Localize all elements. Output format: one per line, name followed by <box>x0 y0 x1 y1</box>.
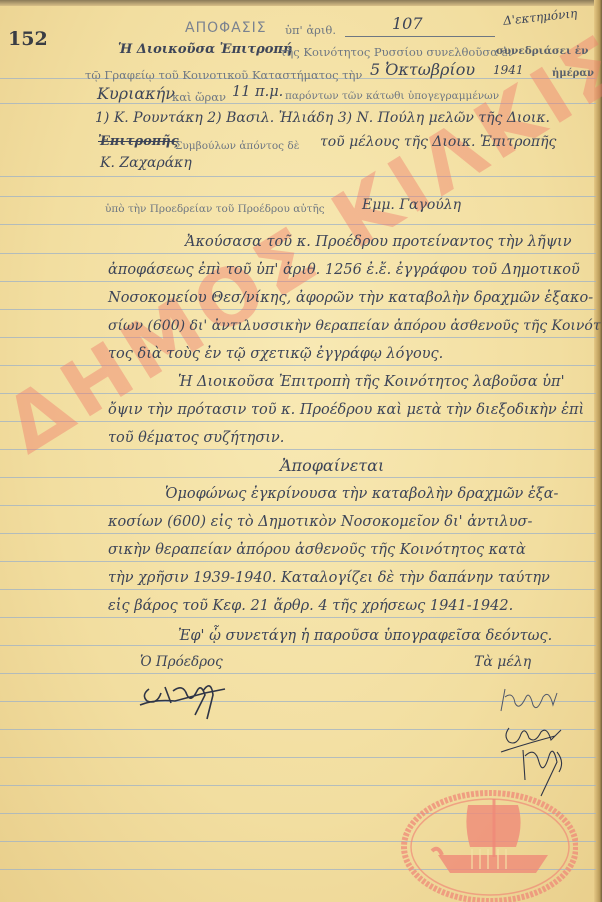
ruled-line <box>0 673 596 674</box>
committee-handwritten-2: Ἐπιτροπῆς <box>98 134 179 149</box>
ruled-line <box>0 617 596 618</box>
body-line: ἀποφάσεως ἐπὶ τοῦ ὑπ' ἀριθ. 1256 ἐ.ἔ. ἐγ… <box>108 262 580 278</box>
ruled-line <box>0 505 596 506</box>
meeting-year: 1941 <box>493 63 524 77</box>
ruled-line <box>0 309 596 310</box>
number-label: ὑπ' ἀριθ. <box>285 23 336 37</box>
ruled-line <box>0 337 596 338</box>
ruled-line <box>0 589 596 590</box>
ship-stamp-icon <box>398 785 578 902</box>
preamble-line1: τῆς Κοινότητος Ρυσσίου συνελθοῦσα ἐν <box>280 45 515 59</box>
meeting-time: 11 π.μ. <box>232 84 283 100</box>
ruled-line <box>0 757 596 758</box>
body-line: τος διὰ τοὺς ἐν τῷ σχετικῷ ἐγγράφῳ λόγου… <box>108 346 443 362</box>
absent-member-name: Κ. Ζαχαράκη <box>100 155 192 171</box>
ruled-line <box>0 813 596 814</box>
committee-name-handwritten: Ἡ Διοικοῦσα Ἐπιτροπή <box>118 42 292 57</box>
body-line: Ἀκούσασα τοῦ κ. Προέδρου προτείναντος τὴ… <box>185 234 572 250</box>
ruled-line <box>0 196 596 197</box>
members-present: 1) Κ. Ρουντάκη 2) Βασιλ. Ἠλιάδη 3) Ν. Πο… <box>95 110 550 126</box>
ruled-line <box>0 869 596 870</box>
document-page: ΔΗΜΟΣ ΚΙΛΚΙΣ 152 ΑΠΟΦΑΣΙΣ ὑπ' ἀριθ. 107 … <box>0 0 602 902</box>
preamble-line2-end: ἡμέραν <box>552 68 594 79</box>
number-underline <box>345 36 495 37</box>
decision-line: κοσίων (600) εἰς τὸ Δημοτικὸν Νοσοκομεῖο… <box>108 514 532 530</box>
preamble-line2: τῷ Γραφείῳ τοῦ Κοινοτικοῦ Καταστήματος τ… <box>85 68 362 82</box>
decision-line: Ὁμοφώνως ἐγκρίνουσα τὴν καταβολὴν δραχμῶ… <box>165 486 558 502</box>
body-line: Ἡ Διοικοῦσα Ἐπιτροπὴ τῆς Κοινότητος λαβο… <box>178 374 565 390</box>
ruled-line <box>0 281 596 282</box>
presidency-label: ὑπὸ τὴν Προεδρείαν τοῦ Προέδρου αὐτῆς <box>105 203 325 215</box>
ruled-line <box>0 561 596 562</box>
ruled-line <box>0 477 596 478</box>
ruled-line <box>0 785 596 786</box>
absent-member-text: τοῦ μέλους τῆς Διοικ. Ἐπιτροπῆς <box>320 134 556 150</box>
president-name: Εμμ. Γαγούλη <box>362 197 461 213</box>
decides-heading: Ἀποφαίνεται <box>280 456 384 475</box>
members-label: Τὰ μέλη <box>474 654 531 670</box>
page-number: 152 <box>8 28 48 50</box>
body-line: Νοσοκομείου Θεσ/νίκης, ἀφορῶν τὴν καταβο… <box>108 290 593 306</box>
ruled-line <box>0 729 596 730</box>
ruled-line <box>0 103 596 104</box>
member-signature-2 <box>495 722 575 802</box>
decision-line: τὴν χρῆσιν 1939-1940. Καταλογίζει δὲ τὴν… <box>108 570 550 586</box>
ruled-line <box>0 449 596 450</box>
preamble-line3-end: παρόντων τῶν κάτωθι ὑπογεγραμμένων <box>285 90 499 102</box>
preamble-line3-label: καὶ ὥραν <box>172 90 226 104</box>
ruled-line <box>0 701 596 702</box>
ruled-line <box>0 393 596 394</box>
body-line: ὄψιν τὴν πρότασιν τοῦ κ. Προέδρου καὶ με… <box>108 402 584 418</box>
page-top-edge <box>0 0 602 6</box>
ruled-line <box>0 421 596 422</box>
ruled-line <box>0 365 596 366</box>
decision-number: 107 <box>392 14 423 33</box>
body-line: τοῦ θέματος συζήτησιν. <box>108 430 284 446</box>
ruled-line <box>0 253 596 254</box>
president-label: Ὁ Πρόεδρος <box>140 654 223 670</box>
preamble-line1-end: συνεδριάσει ἐν <box>496 45 588 57</box>
president-signature <box>135 675 230 725</box>
meeting-day: Κυριακήν <box>97 84 175 103</box>
decision-line: εἰς βάρος τοῦ Κεφ. 21 ἄρθρ. 4 τῆς χρήσεω… <box>108 598 513 614</box>
decision-line: σικὴν θεραπείαν ἀπόρου ἀσθενοῦς τῆς Κοιν… <box>108 542 526 558</box>
margin-note: Δ'εκτημόνιη <box>502 6 577 28</box>
preamble-line5-printed: Συμβούλων ἀπόντος δὲ <box>175 140 299 152</box>
decision-title: ΑΠΟΦΑΣΙΣ <box>185 20 267 36</box>
body-line: σίων (600) δι' ἀντιλυσσικὴν θεραπείαν ἀπ… <box>108 318 602 334</box>
ruled-line <box>0 176 596 177</box>
meeting-date: 5 Ὀκτωβρίου <box>370 60 475 79</box>
ruled-line <box>0 224 596 225</box>
ruled-line <box>0 841 596 842</box>
ruled-line <box>0 645 596 646</box>
page-binding-edge <box>594 0 602 902</box>
ruled-line <box>0 533 596 534</box>
closing-statement: Ἐφ' ᾧ συνετάγη ἡ παροῦσα ὑπογραφεῖσα δεό… <box>178 628 552 644</box>
